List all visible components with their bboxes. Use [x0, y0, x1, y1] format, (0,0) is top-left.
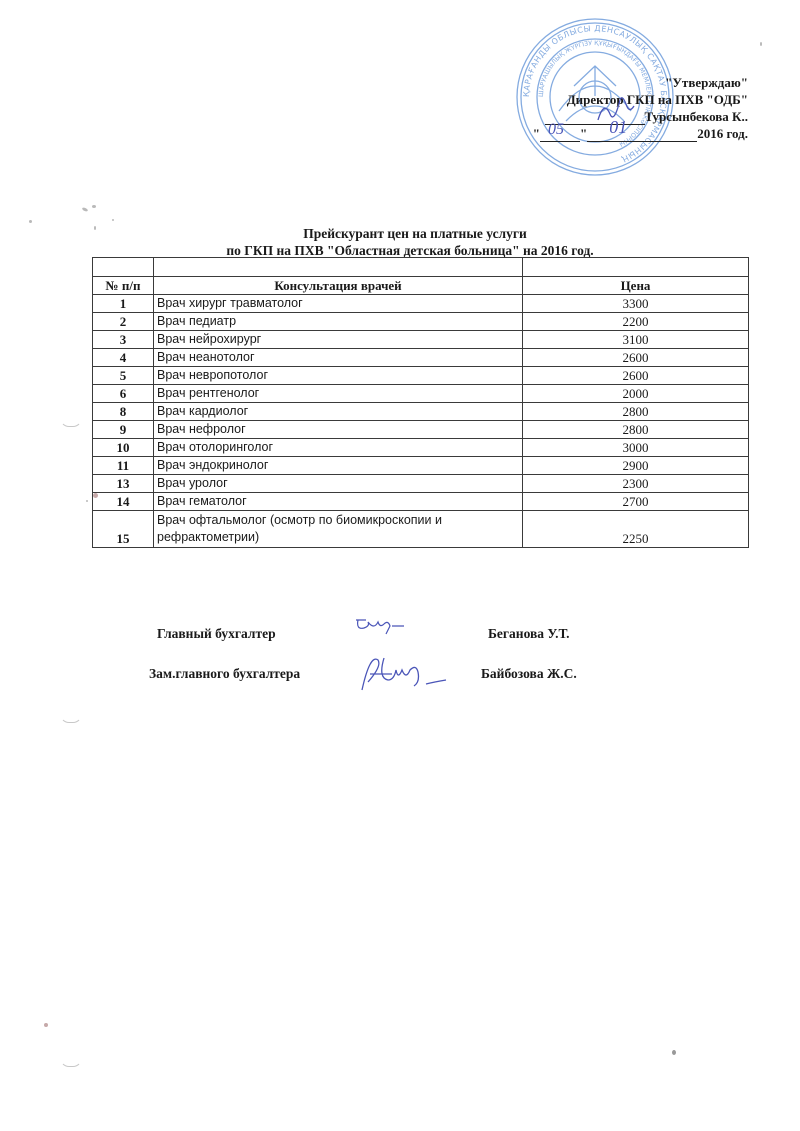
table-row: 13Врач уролог2300 [93, 475, 749, 493]
service-price: 2200 [523, 313, 749, 331]
service-price: 2600 [523, 349, 749, 367]
table-row: 8Врач кардиолог2800 [93, 403, 749, 421]
service-name: Врач педиатр [154, 313, 523, 331]
service-price: 2900 [523, 457, 749, 475]
date-day-field: 05 [540, 129, 580, 142]
director-title: Директор ГКП на ПХВ "ОДБ" [533, 91, 748, 108]
table-spacer-row [93, 258, 749, 277]
table-row: 9Врач нефролог2800 [93, 421, 749, 439]
table-row: 2Врач педиатр2200 [93, 313, 749, 331]
service-name: Врач кардиолог [154, 403, 523, 421]
document-title: Прейскурант цен на платные услуги по ГКП… [0, 225, 800, 259]
service-price: 2800 [523, 421, 749, 439]
title-line-1: Прейскурант цен на платные услуги [0, 225, 800, 242]
service-name: Врач эндокринолог [154, 457, 523, 475]
service-name: Врач невропотолог [154, 367, 523, 385]
chief-accountant-role: Главный бухгалтер [157, 626, 276, 642]
date-month-field: 01 [587, 129, 697, 142]
row-number: 3 [93, 331, 154, 349]
service-name: Врач отолоринголог [154, 439, 523, 457]
table-row: 4Врач неанотолог2600 [93, 349, 749, 367]
date-day: 05 [548, 121, 564, 138]
table-row: 1Врач хирург травматолог3300 [93, 295, 749, 313]
chief-accountant-name: Беганова У.Т. [488, 626, 570, 642]
table-row: 14Врач гематолог2700 [93, 493, 749, 511]
approve-heading: "Утверждаю" [533, 74, 748, 91]
service-price: 3300 [523, 295, 749, 313]
table-row: 5Врач невропотолог2600 [93, 367, 749, 385]
row-number: 8 [93, 403, 154, 421]
service-price: 2300 [523, 475, 749, 493]
service-price: 2800 [523, 403, 749, 421]
service-price: 3100 [523, 331, 749, 349]
row-number: 5 [93, 367, 154, 385]
row-number: 9 [93, 421, 154, 439]
date-year: 2016 год. [697, 126, 748, 141]
row-number: 13 [93, 475, 154, 493]
deputy-accountant-name: Байбозова Ж.С. [481, 666, 577, 682]
service-price: 2600 [523, 367, 749, 385]
approval-date: "05"012016 год. [533, 125, 748, 142]
service-price: 2700 [523, 493, 749, 511]
service-price: 2250 [523, 511, 749, 548]
service-price: 2000 [523, 385, 749, 403]
quote-close: " [580, 126, 587, 141]
row-number: 6 [93, 385, 154, 403]
row-number: 11 [93, 457, 154, 475]
service-name: Врач гематолог [154, 493, 523, 511]
table-row: 6Врач рентгенолог2000 [93, 385, 749, 403]
row-number: 4 [93, 349, 154, 367]
header-service: Консультация врачей [154, 277, 523, 295]
director-name-line: Турсынбекова К.. [533, 108, 748, 125]
row-number: 1 [93, 295, 154, 313]
header-num: № п/п [93, 277, 154, 295]
service-name: Врач рентгенолог [154, 385, 523, 403]
service-price: 3000 [523, 439, 749, 457]
table-header-row: № п/п Консультация врачей Цена [93, 277, 749, 295]
table-row: 15Врач офтальмолог (осмотр по биомикроск… [93, 511, 749, 548]
row-number: 15 [93, 511, 154, 548]
quote-open: " [533, 126, 540, 141]
director-signature-icon [590, 90, 640, 130]
service-name: Врач неанотолог [154, 349, 523, 367]
row-number: 10 [93, 439, 154, 457]
service-name: Врач офтальмолог (осмотр по биомикроскоп… [154, 511, 523, 548]
table-row: 11Врач эндокринолог2900 [93, 457, 749, 475]
service-name: Врач хирург травматолог [154, 295, 523, 313]
service-name: Врач уролог [154, 475, 523, 493]
table-row: 3Врач нейрохирург3100 [93, 331, 749, 349]
service-name: Врач нефролог [154, 421, 523, 439]
header-price: Цена [523, 277, 749, 295]
row-number: 2 [93, 313, 154, 331]
approval-block: "Утверждаю" Директор ГКП на ПХВ "ОДБ" Ту… [533, 74, 748, 142]
row-number: 14 [93, 493, 154, 511]
director-name: Турсынбекова К.. [645, 109, 748, 124]
table-row: 10Врач отолоринголог3000 [93, 439, 749, 457]
price-list-table: № п/п Консультация врачей Цена 1Врач хир… [92, 257, 749, 548]
deputy-accountant-signature-icon [356, 650, 456, 698]
chief-accountant-signature-icon [352, 614, 412, 638]
deputy-accountant-role: Зам.главного бухгалтера [149, 666, 300, 682]
service-name: Врач нейрохирург [154, 331, 523, 349]
